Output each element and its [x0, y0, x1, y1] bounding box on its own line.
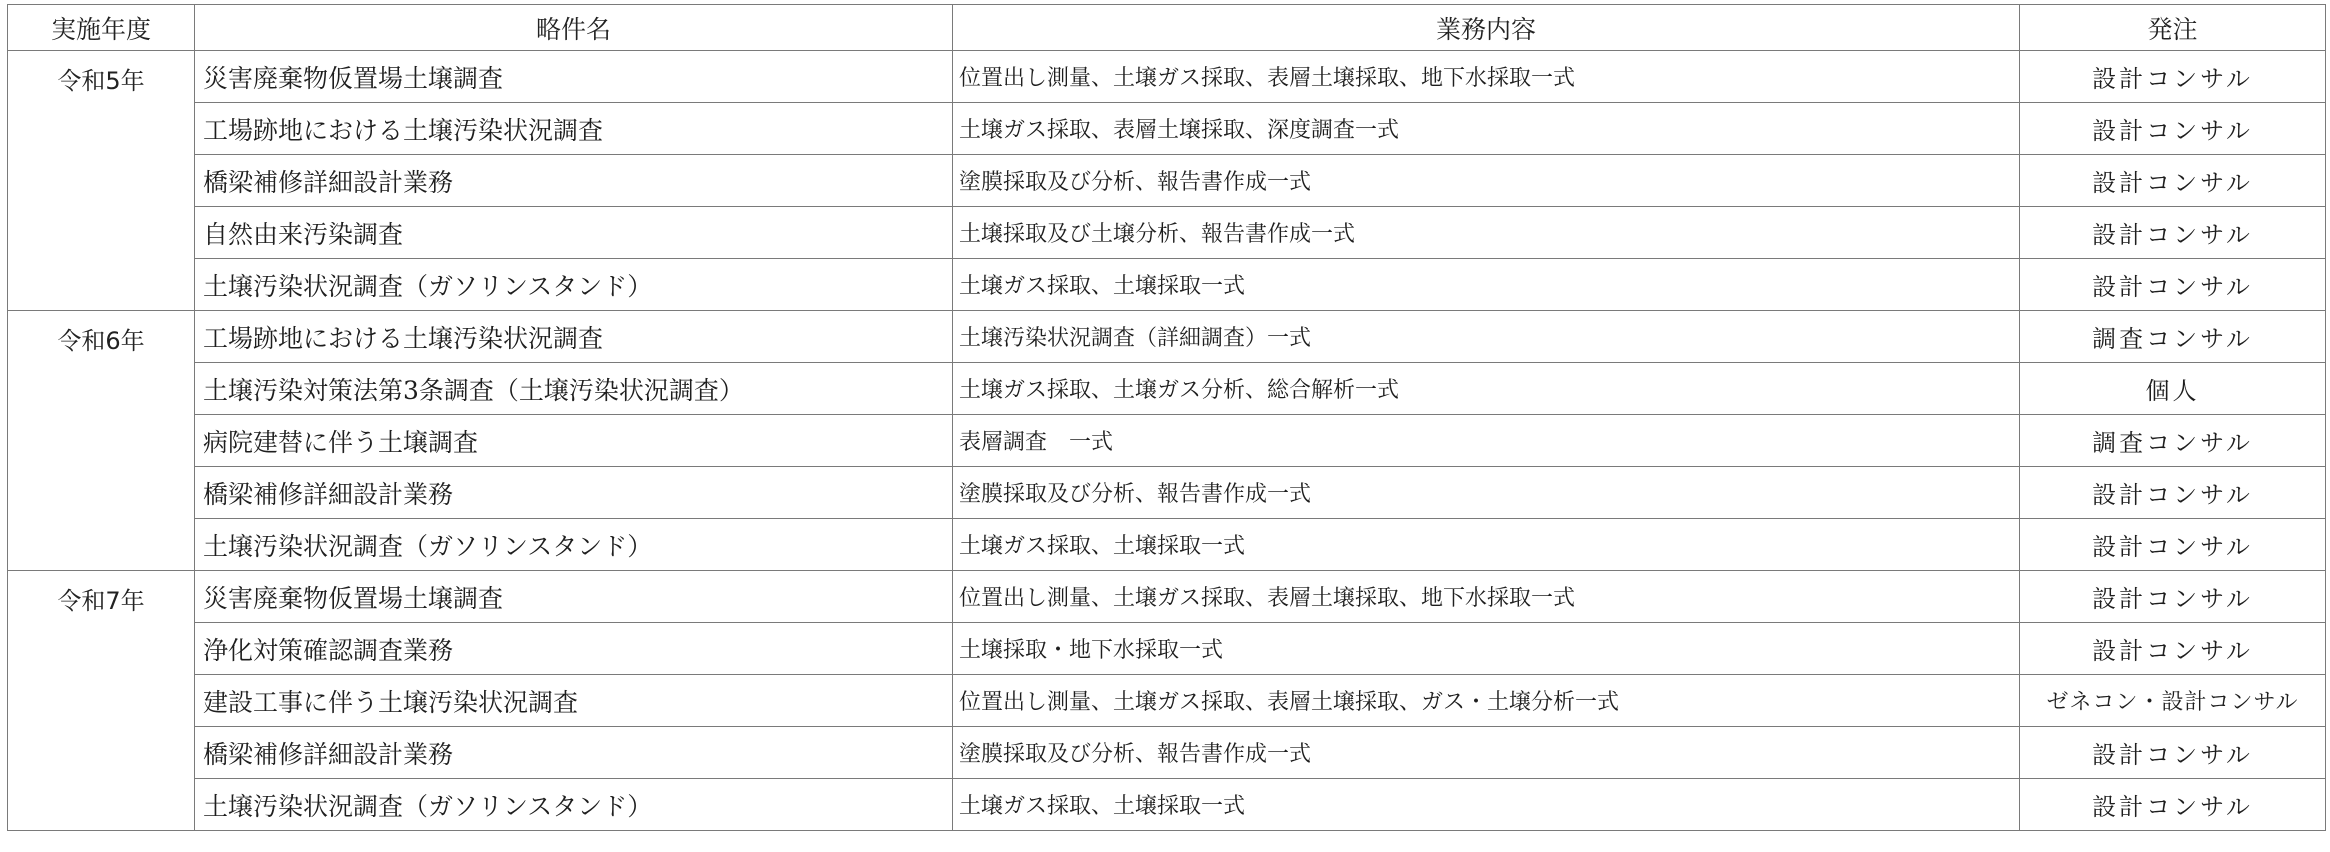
client-cell: 設計コンサル — [2020, 727, 2326, 779]
project-name-cell: 建設工事に伴う土壌汚染状況調査 — [195, 675, 953, 727]
project-name-cell: 土壌汚染状況調査（ガソリンスタンド） — [195, 259, 953, 311]
work-content-cell: 土壌ガス採取、表層土壌採取、深度調査一式 — [953, 103, 2020, 155]
header-client: 発注 — [2020, 5, 2326, 51]
project-name-cell: 病院建替に伴う土壌調査 — [195, 415, 953, 467]
table-row: 建設工事に伴う土壌汚染状況調査 位置出し測量、土壌ガス採取、表層土壌採取、ガス・… — [8, 675, 2326, 727]
work-content-cell: 位置出し測量、土壌ガス採取、表層土壌採取、地下水採取一式 — [953, 571, 2020, 623]
table-row: 浄化対策確認調査業務 土壌採取・地下水採取一式 設計コンサル — [8, 623, 2326, 675]
table-row: 橋梁補修詳細設計業務 塗膜採取及び分析、報告書作成一式 設計コンサル — [8, 155, 2326, 207]
project-name-cell: 災害廃棄物仮置場土壌調査 — [195, 51, 953, 103]
table-row: 病院建替に伴う土壌調査 表層調査 一式 調査コンサル — [8, 415, 2326, 467]
work-content-cell: 位置出し測量、土壌ガス採取、表層土壌採取、地下水採取一式 — [953, 51, 2020, 103]
work-content-cell: 塗膜採取及び分析、報告書作成一式 — [953, 467, 2020, 519]
client-cell: 設計コンサル — [2020, 155, 2326, 207]
table-row: 土壌汚染対策法第3条調査（土壌汚染状況調査） 土壌ガス採取、土壌ガス分析、総合解… — [8, 363, 2326, 415]
table-row: 令和5年 災害廃棄物仮置場土壌調査 位置出し測量、土壌ガス採取、表層土壌採取、地… — [8, 51, 2326, 103]
client-cell: 個人 — [2020, 363, 2326, 415]
year-cell: 令和6年 — [8, 311, 195, 571]
client-cell: ゼネコン・設計コンサル — [2020, 675, 2326, 727]
client-cell: 設計コンサル — [2020, 623, 2326, 675]
client-cell: 設計コンサル — [2020, 519, 2326, 571]
work-content-cell: 土壌ガス採取、土壌採取一式 — [953, 779, 2020, 831]
project-name-cell: 土壌汚染状況調査（ガソリンスタンド） — [195, 779, 953, 831]
header-name: 略件名 — [195, 5, 953, 51]
client-cell: 調査コンサル — [2020, 415, 2326, 467]
work-content-cell: 表層調査 一式 — [953, 415, 2020, 467]
client-cell: 設計コンサル — [2020, 571, 2326, 623]
work-content-cell: 塗膜採取及び分析、報告書作成一式 — [953, 155, 2020, 207]
client-cell: 設計コンサル — [2020, 467, 2326, 519]
work-content-cell: 土壌汚染状況調査（詳細調査）一式 — [953, 311, 2020, 363]
table-row: 工場跡地における土壌汚染状況調査 土壌ガス採取、表層土壌採取、深度調査一式 設計… — [8, 103, 2326, 155]
table-row: 令和7年 災害廃棄物仮置場土壌調査 位置出し測量、土壌ガス採取、表層土壌採取、地… — [8, 571, 2326, 623]
table-row: 土壌汚染状況調査（ガソリンスタンド） 土壌ガス採取、土壌採取一式 設計コンサル — [8, 259, 2326, 311]
work-content-cell: 土壌採取・地下水採取一式 — [953, 623, 2020, 675]
work-content-cell: 土壌ガス採取、土壌採取一式 — [953, 259, 2020, 311]
project-name-cell: 橋梁補修詳細設計業務 — [195, 155, 953, 207]
table-row: 令和6年 工場跡地における土壌汚染状況調査 土壌汚染状況調査（詳細調査）一式 調… — [8, 311, 2326, 363]
project-name-cell: 災害廃棄物仮置場土壌調査 — [195, 571, 953, 623]
year-cell: 令和7年 — [8, 571, 195, 831]
project-name-cell: 橋梁補修詳細設計業務 — [195, 727, 953, 779]
table-row: 土壌汚染状況調査（ガソリンスタンド） 土壌ガス採取、土壌採取一式 設計コンサル — [8, 779, 2326, 831]
work-content-cell: 塗膜採取及び分析、報告書作成一式 — [953, 727, 2020, 779]
year-cell: 令和5年 — [8, 51, 195, 311]
table-header-row: 実施年度 略件名 業務内容 発注 — [8, 5, 2326, 51]
table-row: 橋梁補修詳細設計業務 塗膜採取及び分析、報告書作成一式 設計コンサル — [8, 727, 2326, 779]
client-cell: 設計コンサル — [2020, 779, 2326, 831]
client-cell: 設計コンサル — [2020, 103, 2326, 155]
project-history-table: 実施年度 略件名 業務内容 発注 令和5年 災害廃棄物仮置場土壌調査 位置出し測… — [7, 4, 2326, 831]
header-content: 業務内容 — [953, 5, 2020, 51]
table-row: 自然由来汚染調査 土壌採取及び土壌分析、報告書作成一式 設計コンサル — [8, 207, 2326, 259]
project-name-cell: 橋梁補修詳細設計業務 — [195, 467, 953, 519]
project-name-cell: 土壌汚染対策法第3条調査（土壌汚染状況調査） — [195, 363, 953, 415]
work-content-cell: 土壌採取及び土壌分析、報告書作成一式 — [953, 207, 2020, 259]
client-cell: 設計コンサル — [2020, 207, 2326, 259]
table-row: 土壌汚染状況調査（ガソリンスタンド） 土壌ガス採取、土壌採取一式 設計コンサル — [8, 519, 2326, 571]
work-content-cell: 土壌ガス採取、土壌採取一式 — [953, 519, 2020, 571]
client-cell: 設計コンサル — [2020, 51, 2326, 103]
project-name-cell: 工場跡地における土壌汚染状況調査 — [195, 311, 953, 363]
header-year: 実施年度 — [8, 5, 195, 51]
client-cell: 調査コンサル — [2020, 311, 2326, 363]
project-name-cell: 土壌汚染状況調査（ガソリンスタンド） — [195, 519, 953, 571]
project-history-table-container: 実施年度 略件名 業務内容 発注 令和5年 災害廃棄物仮置場土壌調査 位置出し測… — [7, 4, 2325, 831]
project-name-cell: 自然由来汚染調査 — [195, 207, 953, 259]
project-name-cell: 工場跡地における土壌汚染状況調査 — [195, 103, 953, 155]
project-name-cell: 浄化対策確認調査業務 — [195, 623, 953, 675]
work-content-cell: 土壌ガス採取、土壌ガス分析、総合解析一式 — [953, 363, 2020, 415]
client-cell: 設計コンサル — [2020, 259, 2326, 311]
table-row: 橋梁補修詳細設計業務 塗膜採取及び分析、報告書作成一式 設計コンサル — [8, 467, 2326, 519]
work-content-cell: 位置出し測量、土壌ガス採取、表層土壌採取、ガス・土壌分析一式 — [953, 675, 2020, 727]
